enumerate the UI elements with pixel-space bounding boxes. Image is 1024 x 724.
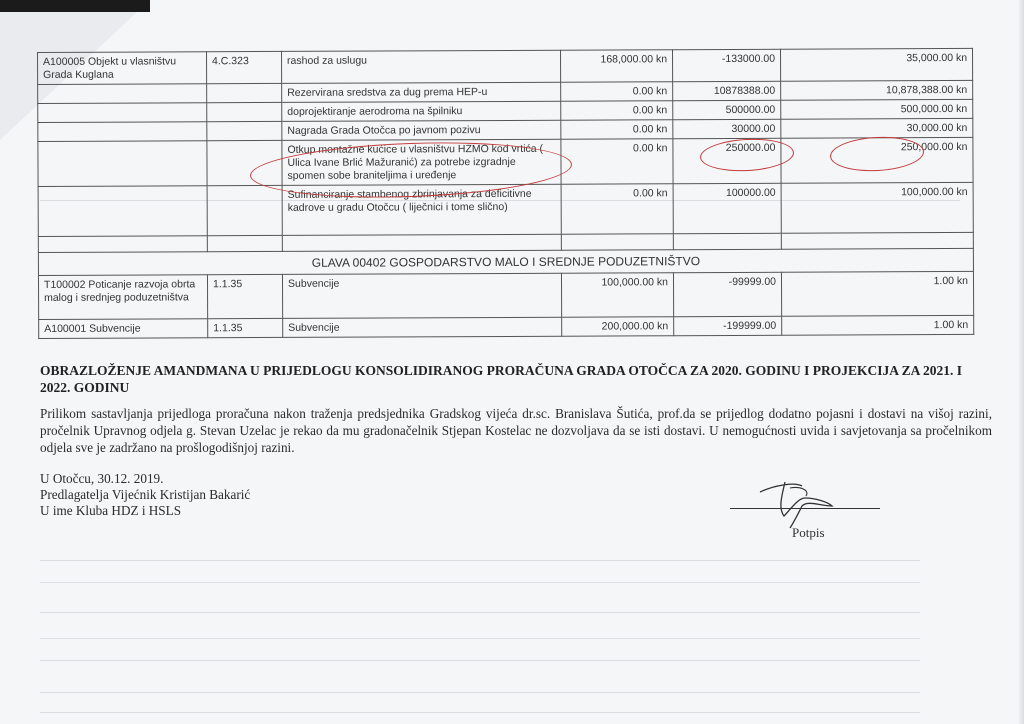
budget-amendment-table: A100005 Objekt u vlasništvu Grada Kuglan…: [37, 48, 974, 339]
signature-label: Potpis: [792, 525, 825, 541]
cell-description: Sufinanciranje stambenog zbrinjavanja za…: [282, 184, 561, 235]
cell-original: 100,000.00 kn: [561, 273, 673, 317]
cell-code: 1.1.35: [207, 274, 282, 318]
place-date: U Otočcu, 30.12. 2019.: [40, 471, 250, 487]
explanation-paragraph: Prilikom sastavljanja prijedloga proraču…: [40, 405, 992, 456]
proposer: Predlagatelja Vijećnik Kristijan Bakarić: [40, 487, 250, 503]
cell-code: 1.1.35: [208, 318, 283, 337]
cell-new: 30,000.00 kn: [781, 118, 973, 138]
cell-program: [38, 122, 207, 142]
table-row: A100005 Objekt u vlasništvu Grada Kuglan…: [38, 48, 973, 84]
cell-original: 0.00 kn: [561, 120, 673, 139]
cell-original: 0.00 kn: [561, 139, 673, 184]
cell-new: 100,000.00 kn: [781, 182, 973, 233]
cell-description: Subvencije: [283, 317, 562, 337]
cell-original: 0.00 kn: [561, 184, 673, 234]
scan-dark-corner: [0, 0, 150, 12]
cell-description: Rezervirana sredstva za dug prema HEP-u: [282, 82, 561, 102]
cell-new: 1.00 kn: [781, 271, 973, 316]
cell-change: 500000.00: [673, 100, 781, 119]
cell-new: 35,000.00 kn: [780, 48, 972, 81]
cell-original: 0.00 kn: [561, 101, 673, 120]
cell-program: A100001 Subvencije: [39, 319, 208, 339]
cell-code: [207, 102, 282, 121]
on-behalf: U ime Kluba HDZ i HSLS: [40, 503, 250, 519]
table-row: Sufinanciranje stambenog zbrinjavanja za…: [38, 182, 973, 236]
explanation-heading: OBRAZLOŽENJE AMANDMANA U PRIJEDLOGU KONS…: [40, 362, 990, 396]
cell-description: Otkup montažne kućice u vlasništvu HZMO …: [282, 139, 561, 185]
handwritten-signature: [740, 480, 850, 530]
cell-program: A100005 Objekt u vlasništvu Grada Kuglan…: [38, 52, 207, 85]
cell-code: [207, 121, 282, 140]
cell-description: rashod za uslugu: [281, 50, 560, 83]
cell-new: 500,000.00 kn: [781, 99, 973, 119]
cell-description: Subvencije: [282, 273, 561, 318]
cell-code: [207, 140, 282, 185]
cell-program: [38, 103, 207, 123]
cell-original: 168,000.00 kn: [560, 50, 672, 82]
table-row: Otkup montažne kućice u vlasništvu HZMO …: [38, 137, 973, 186]
cell-program: [38, 141, 207, 187]
cell-new: 250,000.00 kn: [781, 137, 973, 183]
cell-original: 0.00 kn: [561, 82, 673, 101]
cell-change: -99999.00: [673, 272, 781, 316]
cell-change: -133000.00: [672, 49, 780, 81]
table-row: A100001 Subvencije1.1.35Subvencije200,00…: [39, 315, 974, 338]
table-row: T100002 Poticanje razvoja obrta malog i …: [38, 271, 973, 319]
cell-new: 1.00 kn: [782, 315, 974, 335]
cell-description: Nagrada Grada Otočca po javnom pozivu: [282, 120, 561, 140]
signature-block: U Otočcu, 30.12. 2019. Predlagatelja Vij…: [40, 471, 250, 519]
cell-program: [38, 186, 207, 237]
cell-change: 10878388.00: [673, 81, 781, 100]
scan-page-edge: [1018, 0, 1024, 724]
cell-new: 10,878,388.00 kn: [781, 80, 973, 100]
cell-change: 30000.00: [673, 119, 781, 138]
cell-code: [207, 185, 282, 235]
cell-description: doprojektiranje aerodroma na špilniku: [282, 101, 561, 121]
signature-line: [730, 508, 880, 509]
cell-program: [38, 84, 207, 104]
cell-code: 4.C.323: [207, 51, 282, 83]
cell-program: T100002 Poticanje razvoja obrta malog i …: [38, 275, 207, 320]
cell-code: [207, 83, 282, 102]
cell-original: 200,000.00 kn: [562, 317, 674, 336]
cell-change: 100000.00: [673, 183, 781, 233]
cell-change: -199999.00: [674, 316, 782, 335]
cell-change: 250000.00: [673, 138, 781, 183]
